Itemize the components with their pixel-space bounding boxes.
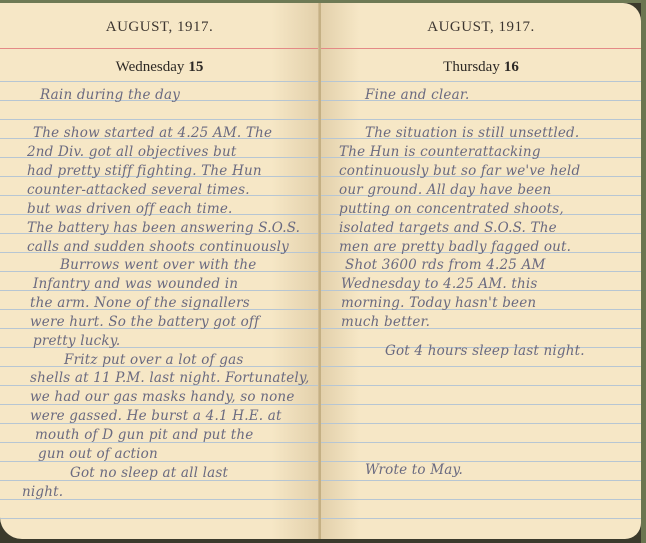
ruled-line: [321, 423, 641, 424]
entry-line: pretty lucky.: [33, 333, 120, 349]
ruled-line: [0, 119, 319, 120]
entry-line: Got no sleep at all last: [70, 465, 228, 481]
ruled-line: [321, 366, 641, 367]
entry-line: The battery has been answering S.O.S.: [27, 220, 300, 236]
ruled-line: [321, 518, 641, 519]
entry-line: Wednesday to 4.25 AM. this: [341, 276, 538, 292]
entry-line: Wrote to May.: [365, 462, 463, 478]
entry-line: but was driven off each time.: [27, 201, 233, 217]
entry-line: calls and sudden shoots continuously: [27, 239, 289, 255]
entry-line: Infantry and was wounded in: [33, 276, 238, 292]
entry-line: The situation is still unsettled.: [365, 125, 579, 141]
ruled-line: [321, 404, 641, 405]
entry-line: gun out of action: [38, 446, 158, 462]
entry-line: continuously but so far we've held: [339, 163, 580, 179]
entry-line: putting on concentrated shoots,: [339, 201, 564, 217]
entry-line: morning. Today hasn't been: [341, 295, 536, 311]
day-heading: Thursday16: [321, 59, 641, 76]
entry-line: were hurt. So the battery got off: [30, 314, 259, 330]
day-heading: Wednesday15: [0, 59, 319, 76]
ruled-line: [321, 81, 641, 82]
ruled-line: [0, 81, 319, 82]
entry-line: Fritz put over a lot of gas: [64, 352, 243, 368]
entry-line: much better.: [341, 314, 430, 330]
red-rule: [0, 48, 319, 49]
entry-line: 2nd Div. got all objectives but: [27, 144, 236, 160]
entry-line: Burrows went over with the: [60, 257, 256, 273]
entry-line: The show started at 4.25 AM. The: [33, 125, 272, 141]
month-header: AUGUST, 1917.: [321, 19, 641, 36]
entry-line: were gassed. He burst a 4.1 H.E. at: [30, 408, 282, 424]
entry-line: had pretty stiff fighting. The Hun: [27, 163, 262, 179]
entry-line: Got 4 hours sleep last night.: [385, 343, 585, 359]
ruled-line: [321, 385, 641, 386]
weekday: Thursday: [443, 59, 500, 75]
entry-line: men are pretty badly fagged out.: [339, 239, 571, 255]
entry-line: we had our gas masks handy, so none: [30, 389, 295, 405]
ruled-line: [0, 518, 319, 519]
right-page: AUGUST, 1917. Thursday16 Fine and clear.…: [321, 3, 641, 539]
ruled-line: [321, 442, 641, 443]
day-number: 15: [188, 59, 203, 75]
entry-line: Rain during the day: [40, 87, 180, 103]
entry-line: shells at 11 P.M. last night. Fortunatel…: [30, 370, 309, 386]
entry-line: mouth of D gun pit and put the: [35, 427, 253, 443]
cover-edge: [641, 0, 646, 543]
entry-line: our ground. All day have been: [339, 182, 551, 198]
ruled-line: [321, 480, 641, 481]
entry-line: the arm. None of the signallers: [30, 295, 250, 311]
entry-line: counter-attacked several times.: [27, 182, 250, 198]
weekday: Wednesday: [116, 59, 185, 75]
left-page: AUGUST, 1917. Wednesday15 Rain during th…: [0, 3, 319, 539]
entry-line: night.: [22, 484, 63, 500]
month-header: AUGUST, 1917.: [0, 19, 319, 36]
entry-line: Shot 3600 rds from 4.25 AM: [345, 257, 546, 273]
red-rule: [321, 48, 641, 49]
entry-line: isolated targets and S.O.S. The: [339, 220, 557, 236]
diary-spread: AUGUST, 1917. Wednesday15 Rain during th…: [0, 0, 646, 543]
entry-line: The Hun is counterattacking: [339, 144, 541, 160]
ruled-line: [321, 499, 641, 500]
ruled-line: [321, 119, 641, 120]
entry-line: Fine and clear.: [365, 87, 470, 103]
day-number: 16: [504, 59, 519, 75]
